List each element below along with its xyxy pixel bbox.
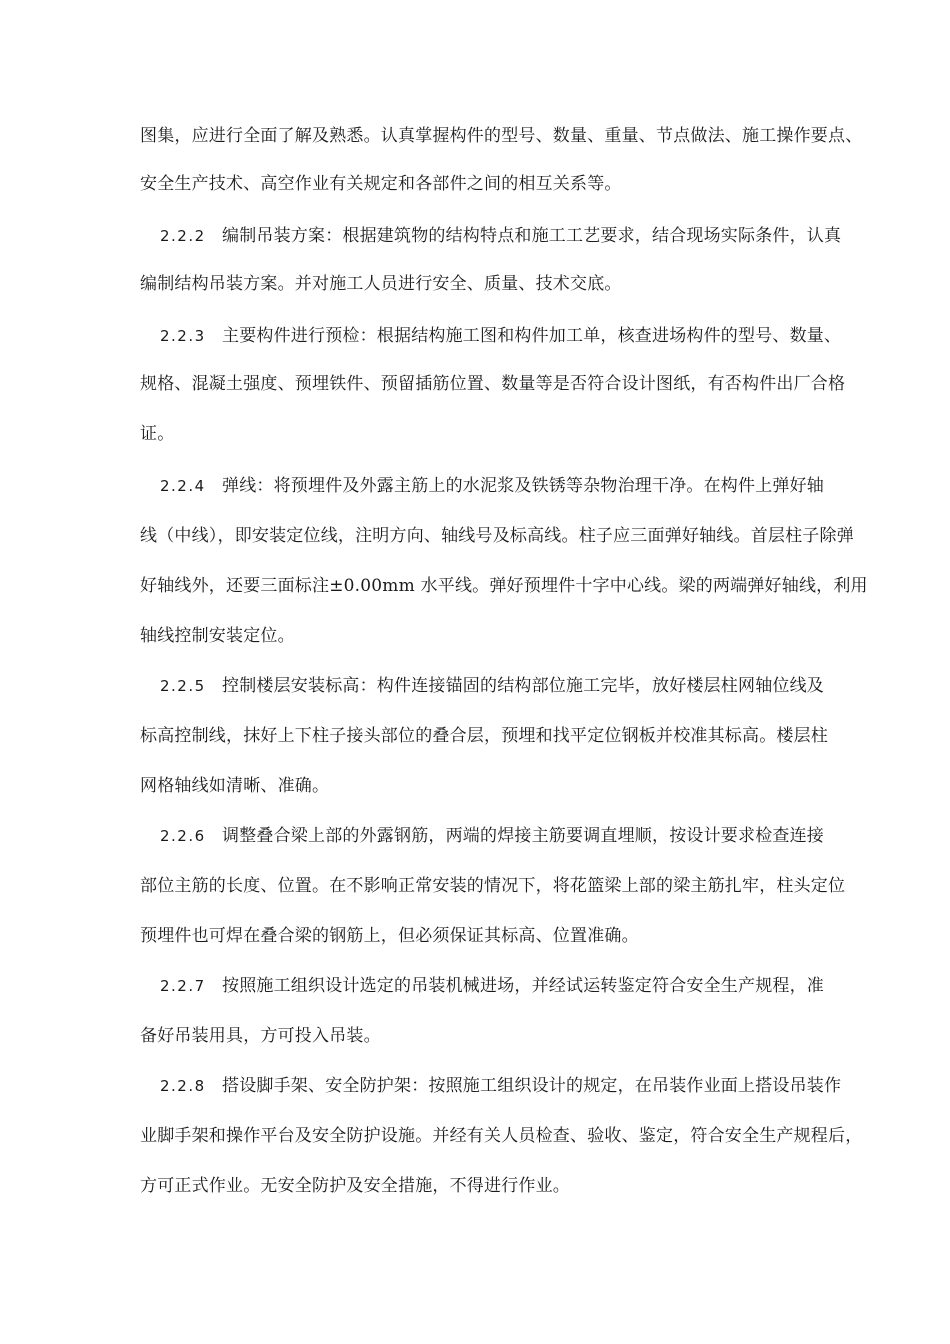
text-line: 图集，应进行全面了解及熟悉。认真掌握构件的型号、数量、重量、节点做法、施工操作要… <box>140 124 862 148</box>
text-line: 备好吊装用具，方可投入吊装。 <box>140 1024 381 1048</box>
text-line: 标高控制线，抹好上下柱子接头部位的叠合层，预埋和找平定位钢板并校准其标高。楼层柱 <box>140 724 828 748</box>
text-line: 好轴线外，还要三面标注±0.00mm 水平线。弹好预埋件十字中心线。梁的两端弹好… <box>140 574 868 598</box>
text-line: 编制结构吊装方案。并对施工人员进行安全、质量、技术交底。 <box>140 272 622 296</box>
section-number: 2.2.3 <box>140 324 222 348</box>
section-2-2-4-heading-line: 2.2.4弹线：将预埋件及外露主筋上的水泥浆及铁锈等杂物治理干净。在构件上弹好轴 <box>140 474 824 498</box>
section-number: 2.2.7 <box>140 974 222 998</box>
section-number: 2.2.6 <box>140 824 222 848</box>
section-number: 2.2.5 <box>140 674 222 698</box>
section-number: 2.2.8 <box>140 1074 222 1098</box>
text-line: 安全生产技术、高空作业有关规定和各部件之间的相互关系等。 <box>140 172 622 196</box>
section-2-2-2-heading-line: 2.2.2编制吊装方案：根据建筑物的结构特点和施工工艺要求，结合现场实际条件，认… <box>140 224 841 248</box>
text-line: 轴线控制安装定位。 <box>140 624 295 648</box>
text-line: 规格、混凝土强度、预埋铁件、预留插筋位置、数量等是否符合设计图纸，有否构件出厂合… <box>140 372 845 396</box>
text-line: 部位主筋的长度、位置。在不影响正常安装的情况下，将花篮梁上部的梁主筋扎牢，柱头定… <box>140 874 845 898</box>
text-line: 业脚手架和操作平台及安全防护设施。并经有关人员检查、验收、鉴定，符合安全生产规程… <box>140 1124 862 1148</box>
section-2-2-5-heading-line: 2.2.5控制楼层安装标高：构件连接锚固的结构部位施工完毕，放好楼层柱网轴位线及 <box>140 674 824 698</box>
section-number: 2.2.2 <box>140 224 222 248</box>
text-line: 预埋件也可焊在叠合梁的钢筋上，但必须保证其标高、位置准确。 <box>140 924 639 948</box>
section-number: 2.2.4 <box>140 474 222 498</box>
text-line: 线（中线），即安装定位线，注明方向、轴线号及标高线。柱子应三面弹好轴线。首层柱子… <box>140 524 854 548</box>
text-line: 方可正式作业。无安全防护及安全措施，不得进行作业。 <box>140 1174 570 1198</box>
text-line: 证。 <box>140 422 174 446</box>
section-2-2-7-heading-line: 2.2.7按照施工组织设计选定的吊装机械进场，并经试运转鉴定符合安全生产规程，准 <box>140 974 824 998</box>
section-2-2-6-heading-line: 2.2.6调整叠合梁上部的外露钢筋，两端的焊接主筋要调直埋顺，按设计要求检查连接 <box>140 824 824 848</box>
section-2-2-8-heading-line: 2.2.8搭设脚手架、安全防护架：按照施工组织设计的规定，在吊装作业面上搭设吊装… <box>140 1074 841 1098</box>
section-2-2-3-heading-line: 2.2.3主要构件进行预检：根据结构施工图和构件加工单，核查进场构件的型号、数量… <box>140 324 841 348</box>
text-line: 网格轴线如清晰、准确。 <box>140 774 329 798</box>
